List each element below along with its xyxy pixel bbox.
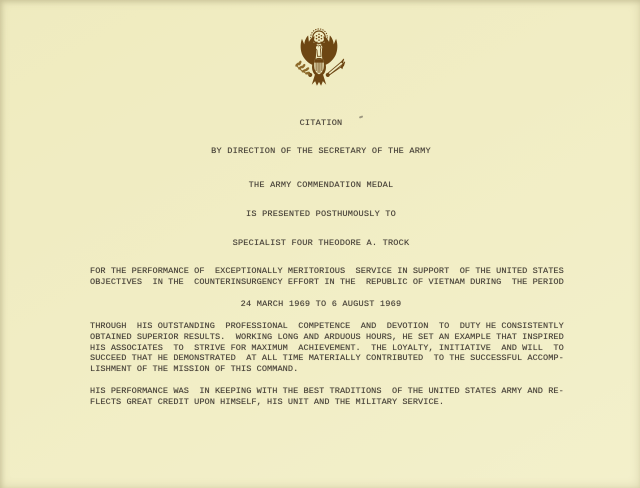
heading-citation: CITATION [2, 118, 640, 129]
paragraph-traditions: HIS PERFORMANCE WAS IN KEEPING WITH THE … [90, 386, 564, 408]
paragraph-achievement: THROUGH HIS OUTSTANDING PROFESSIONAL COM… [90, 321, 564, 375]
paragraph-service: FOR THE PERFORMANCE OF EXCEPTIONALLY MER… [90, 266, 564, 288]
army-eagle-seal-icon [288, 26, 350, 98]
citation-document: CITATION BY DIRECTION OF THE SECRETARY O… [0, 0, 640, 488]
authority-line: BY DIRECTION OF THE SECRETARY OF THE ARM… [2, 146, 640, 157]
award-line: THE ARMY COMMENDATION MEDAL [2, 180, 640, 191]
recipient-line: SPECIALIST FOUR THEODORE A. TROCK [2, 238, 640, 249]
presentation-line: IS PRESENTED POSTHUMOUSLY TO [2, 209, 640, 220]
period-line: 24 MARCH 1969 TO 6 AUGUST 1969 [2, 299, 640, 310]
